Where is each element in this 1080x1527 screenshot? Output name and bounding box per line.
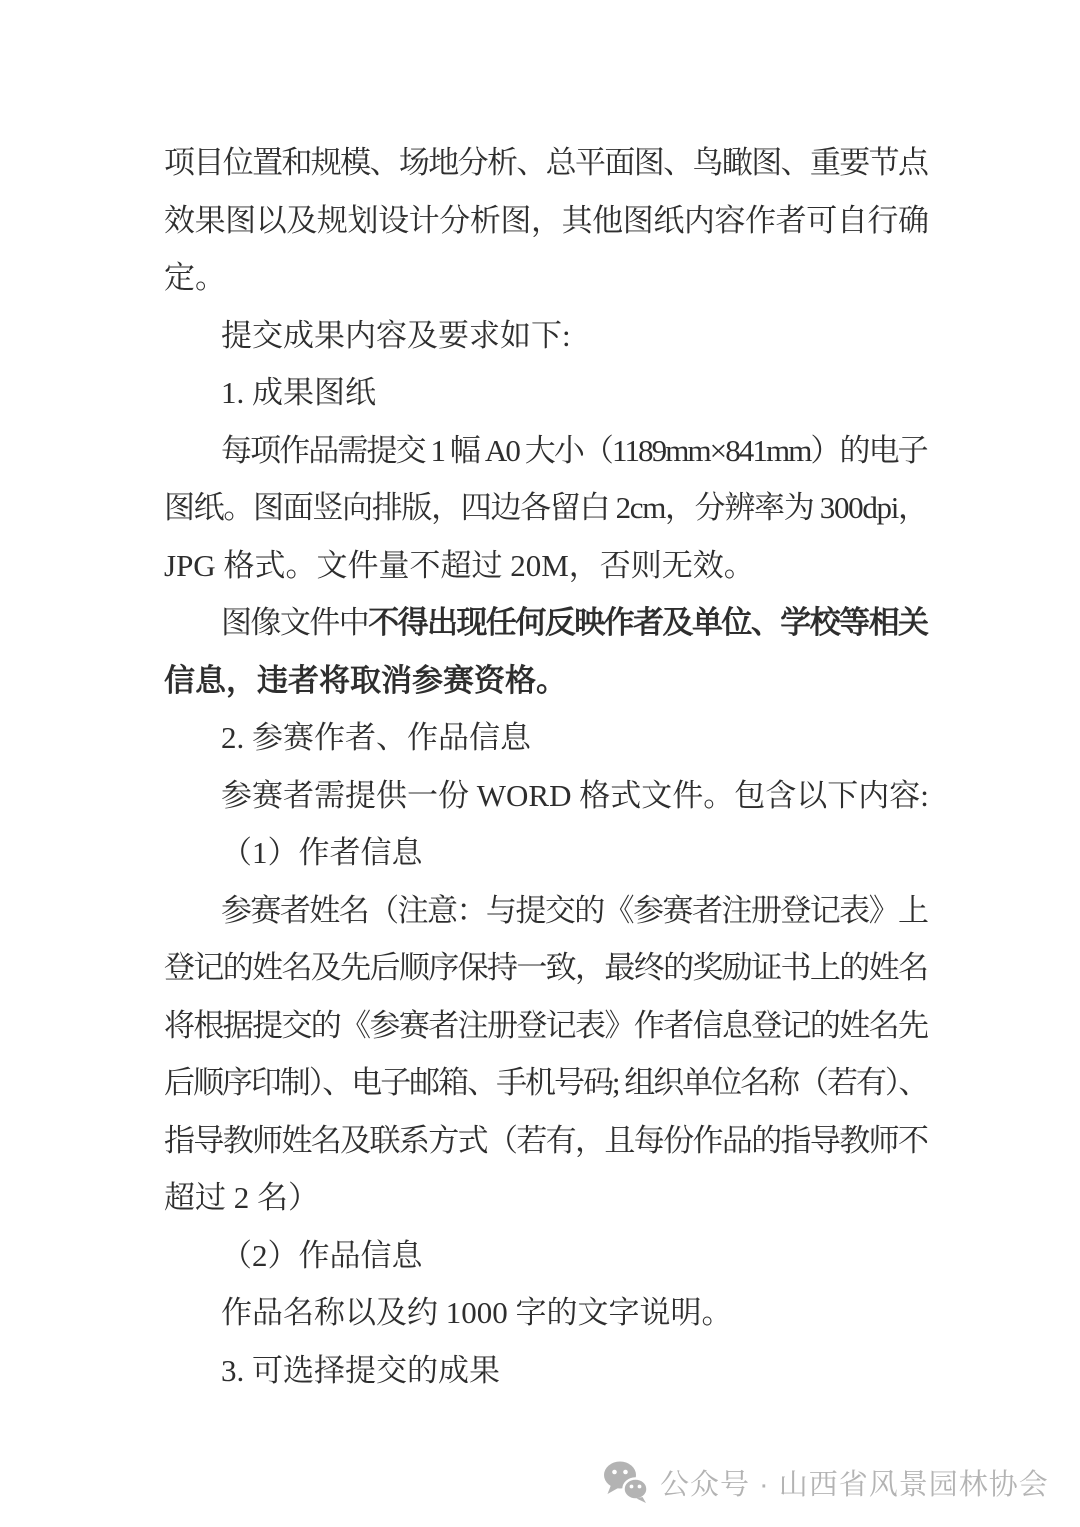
text-line: （1）作者信息: [164, 824, 929, 882]
wechat-account-label: 公众号 · 山西省风景园林协会: [660, 1462, 1049, 1503]
text-line: 后顺序印制）、电子邮箱、手机号码; 组织单位名称（若有）、: [164, 1054, 929, 1112]
document-body: 项目位置和规模、场地分析、总平面图、鸟瞰图、重要节点效果图以及规划设计分析图，其…: [164, 134, 929, 1399]
text-line-content: 将根据提交的《参赛者注册登记表》作者信息登记的姓名先: [164, 997, 927, 1055]
text-line: 定。: [164, 249, 929, 307]
document-page: 项目位置和规模、场地分析、总平面图、鸟瞰图、重要节点效果图以及规划设计分析图，其…: [0, 0, 1080, 1527]
text-line: 参赛者需提供一份 WORD 格式文件。包含以下内容:: [164, 767, 929, 825]
text-line-content: 2. 参赛作者、作品信息: [221, 709, 531, 767]
text-line: 项目位置和规模、场地分析、总平面图、鸟瞰图、重要节点: [164, 134, 929, 192]
text-line: 作品名称以及约 1000 字的文字说明。: [164, 1284, 929, 1342]
regular-text: 图像文件中: [221, 605, 368, 640]
text-line-content: 1. 成果图纸: [221, 364, 376, 422]
text-line: 参赛者姓名（注意：与提交的《参赛者注册登记表》上: [164, 882, 929, 940]
text-line: 每项作品需提交 1 幅 A0 大小（1189mm×841mm）的电子: [164, 422, 929, 480]
text-line: 效果图以及规划设计分析图，其他图纸内容作者可自行确: [164, 192, 929, 250]
text-line-content: JPG 格式。文件量不超过 20M，否则无效。: [164, 537, 755, 595]
text-line-content: 信息，违者将取消参赛资格。: [164, 652, 567, 710]
text-line: 指导教师姓名及联系方式（若有，且每份作品的指导教师不: [164, 1112, 929, 1170]
text-line: （2）作品信息: [164, 1227, 929, 1285]
wechat-icon: [603, 1460, 649, 1504]
text-line: 提交成果内容及要求如下:: [164, 307, 929, 365]
text-line-content: 后顺序印制）、电子邮箱、手机号码; 组织单位名称（若有）、: [164, 1054, 927, 1112]
text-line-content: 登记的姓名及先后顺序保持一致，最终的奖励证书上的姓名: [164, 939, 927, 997]
text-line: 1. 成果图纸: [164, 364, 929, 422]
text-line-content: 效果图以及规划设计分析图，其他图纸内容作者可自行确: [164, 192, 929, 250]
text-line-content: 图像文件中不得出现任何反映作者及单位、学校等相关: [221, 594, 927, 652]
bold-text: 不得出现任何反映作者及单位、学校等相关: [368, 605, 927, 640]
text-line: 登记的姓名及先后顺序保持一致，最终的奖励证书上的姓名: [164, 939, 929, 997]
text-line-content: 每项作品需提交 1 幅 A0 大小（1189mm×841mm）的电子: [221, 422, 927, 480]
text-line-content: 超过 2 名）: [164, 1169, 319, 1227]
text-line: 信息，违者将取消参赛资格。: [164, 652, 929, 710]
text-line: 将根据提交的《参赛者注册登记表》作者信息登记的姓名先: [164, 997, 929, 1055]
text-line: 3. 可选择提交的成果: [164, 1342, 929, 1400]
text-line-content: （1）作者信息: [221, 824, 423, 882]
text-line: 2. 参赛作者、作品信息: [164, 709, 929, 767]
text-line: 图像文件中不得出现任何反映作者及单位、学校等相关: [164, 594, 929, 652]
text-line-content: 3. 可选择提交的成果: [221, 1342, 500, 1400]
text-line: 图纸。图面竖向排版，四边各留白 2cm，分辨率为 300dpi，: [164, 479, 929, 537]
text-line-content: 图纸。图面竖向排版，四边各留白 2cm，分辨率为 300dpi，: [164, 479, 928, 537]
text-line-content: 作品名称以及约 1000 字的文字说明。: [221, 1284, 733, 1342]
text-line-content: 参赛者需提供一份 WORD 格式文件。包含以下内容:: [221, 767, 929, 825]
wechat-watermark: 公众号 · 山西省风景园林协会: [603, 1458, 1049, 1506]
text-line-content: 定。: [164, 249, 226, 307]
text-line-content: 参赛者姓名（注意：与提交的《参赛者注册登记表》上: [221, 882, 927, 940]
text-line-content: 提交成果内容及要求如下:: [221, 307, 571, 365]
text-line: 超过 2 名）: [164, 1169, 929, 1227]
bold-text: 信息，违者将取消参赛资格。: [164, 663, 567, 698]
text-line: JPG 格式。文件量不超过 20M，否则无效。: [164, 537, 929, 595]
text-line-content: （2）作品信息: [221, 1227, 423, 1285]
text-line-content: 项目位置和规模、场地分析、总平面图、鸟瞰图、重要节点: [164, 134, 927, 192]
text-line-content: 指导教师姓名及联系方式（若有，且每份作品的指导教师不: [164, 1112, 927, 1170]
